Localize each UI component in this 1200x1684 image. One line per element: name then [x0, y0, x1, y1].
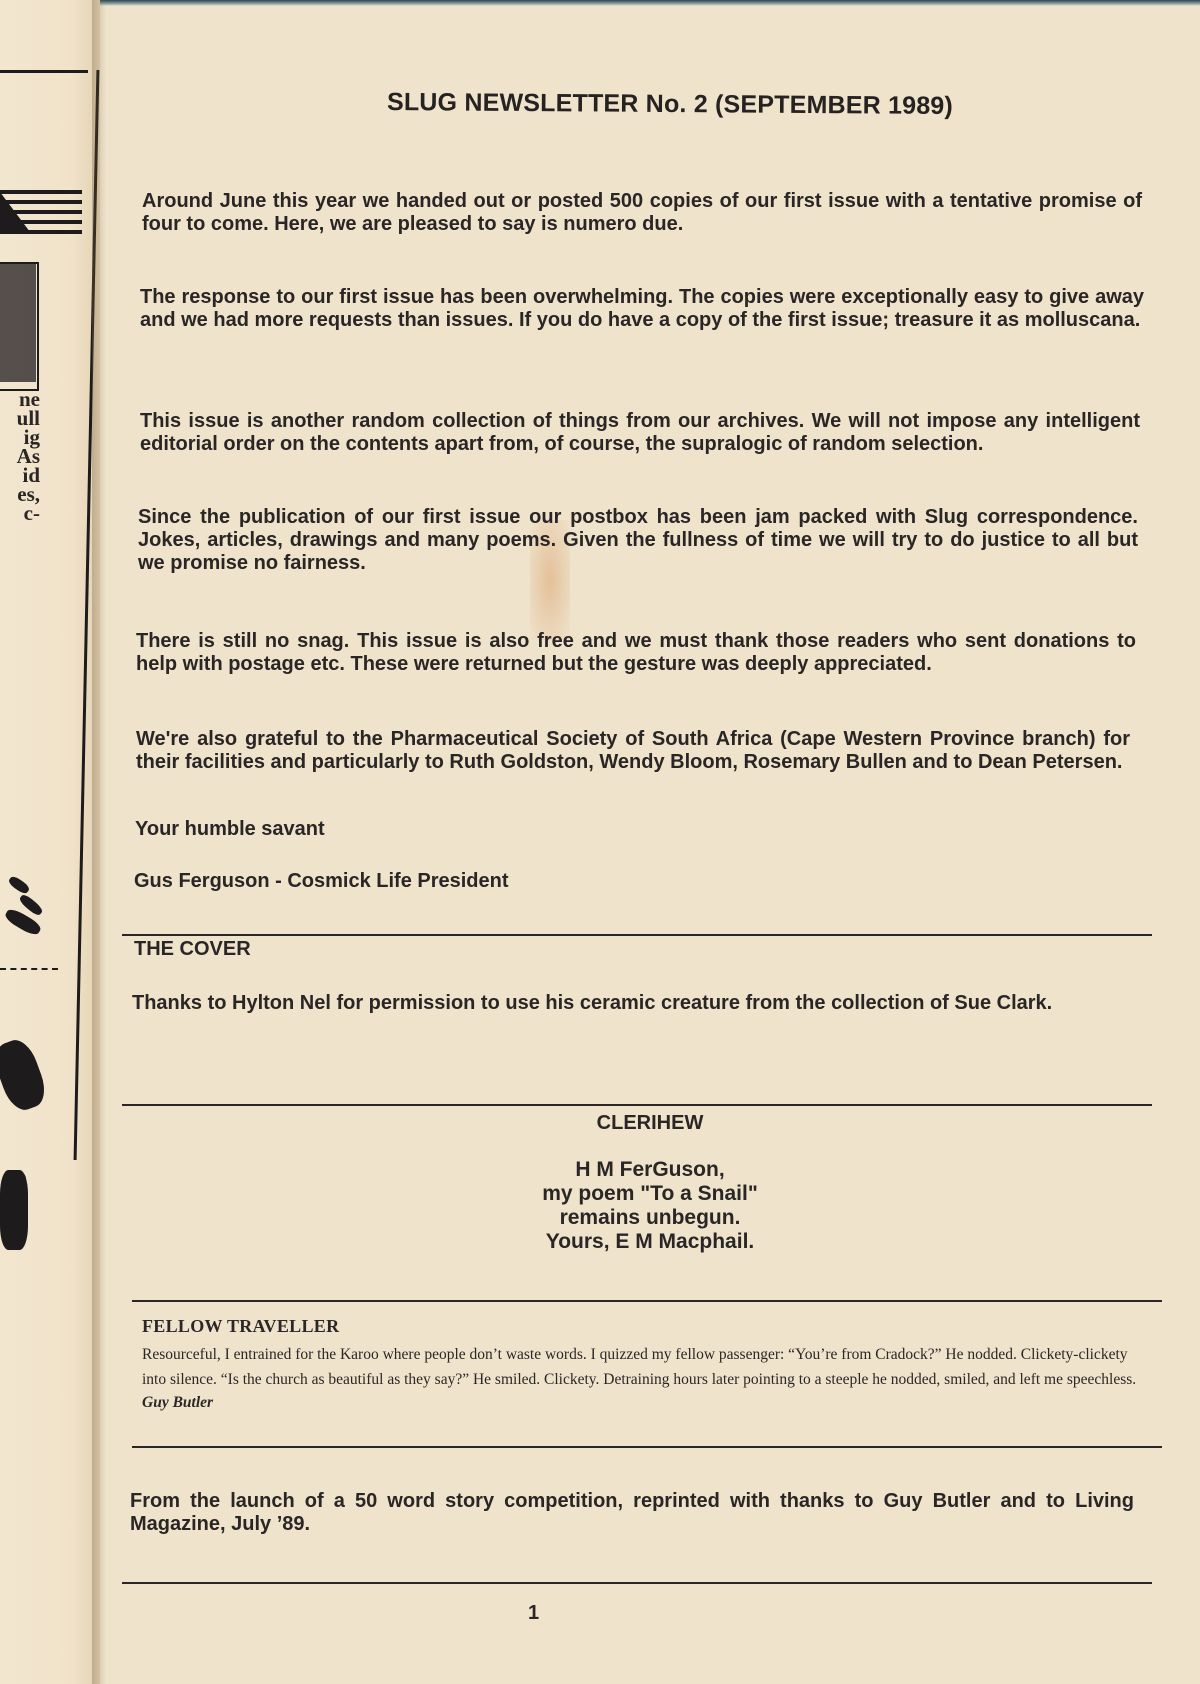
decorative-triangle — [0, 192, 30, 232]
section-divider — [122, 934, 1152, 936]
adjacent-page-strip: ne ull ig As id es, c- — [0, 0, 100, 1684]
competition-credit: From the launch of a 50 word story compe… — [130, 1490, 1134, 1536]
section-divider — [122, 1104, 1152, 1106]
paragraph-intro: Around June this year we handed out or p… — [142, 190, 1142, 236]
adjacent-page-text: ne ull ig As id es, c- — [0, 390, 40, 523]
cover-credit: Thanks to Hylton Nel for permission to u… — [132, 992, 1146, 1015]
poem-line: H M FerGuson, — [430, 1158, 870, 1182]
paragraph-random-collection: This issue is another random collection … — [140, 410, 1140, 456]
section-divider — [122, 1582, 1152, 1584]
paragraph-acknowledgements: We're also grateful to the Pharmaceutica… — [136, 728, 1130, 774]
clerihew-heading: CLERIHEW — [100, 1112, 1200, 1135]
clerihew-poem: H M FerGuson, my poem "To a Snail" remai… — [430, 1158, 870, 1254]
poem-line: Yours, E M Macphail. — [430, 1230, 870, 1254]
poem-line: remains unbegun. — [430, 1206, 870, 1230]
poem-line: my poem "To a Snail" — [430, 1182, 870, 1206]
illustration-frame — [0, 262, 39, 391]
paragraph-response: The response to our first issue has been… — [140, 286, 1144, 332]
page-number: 1 — [528, 1602, 539, 1625]
story-body: Resourceful, I entrained for the Karoo w… — [142, 1343, 1152, 1392]
fellow-traveller-story: FELLOW TRAVELLER Resourceful, I entraine… — [142, 1316, 1152, 1412]
story-title: FELLOW TRAVELLER — [142, 1316, 1152, 1337]
text-fragment: c- — [0, 504, 40, 523]
paragraph-correspondence: Since the publication of our first issue… — [138, 506, 1138, 575]
paragraph-no-snag: There is still no snag. This issue is al… — [136, 630, 1136, 676]
newsletter-page: ​ SLUG NEWSLETTER No. 2 (SEPTEMBER 1989)… — [100, 0, 1200, 1684]
signature: Gus Ferguson - Cosmick Life President — [134, 870, 834, 893]
signoff: Your humble savant — [135, 818, 735, 841]
newsletter-title: SLUG NEWSLETTER No. 2 (SEPTEMBER 1989) — [270, 87, 1070, 122]
section-divider — [132, 1300, 1162, 1302]
cover-heading: THE COVER — [134, 938, 251, 961]
ink-illustration — [0, 1035, 51, 1114]
story-author: Guy Butler — [142, 1394, 1152, 1412]
frame-border — [0, 70, 88, 73]
ink-illustration — [7, 875, 31, 896]
dashed-divider — [0, 968, 58, 970]
section-divider — [132, 1446, 1162, 1448]
ink-illustration — [4, 1170, 26, 1188]
